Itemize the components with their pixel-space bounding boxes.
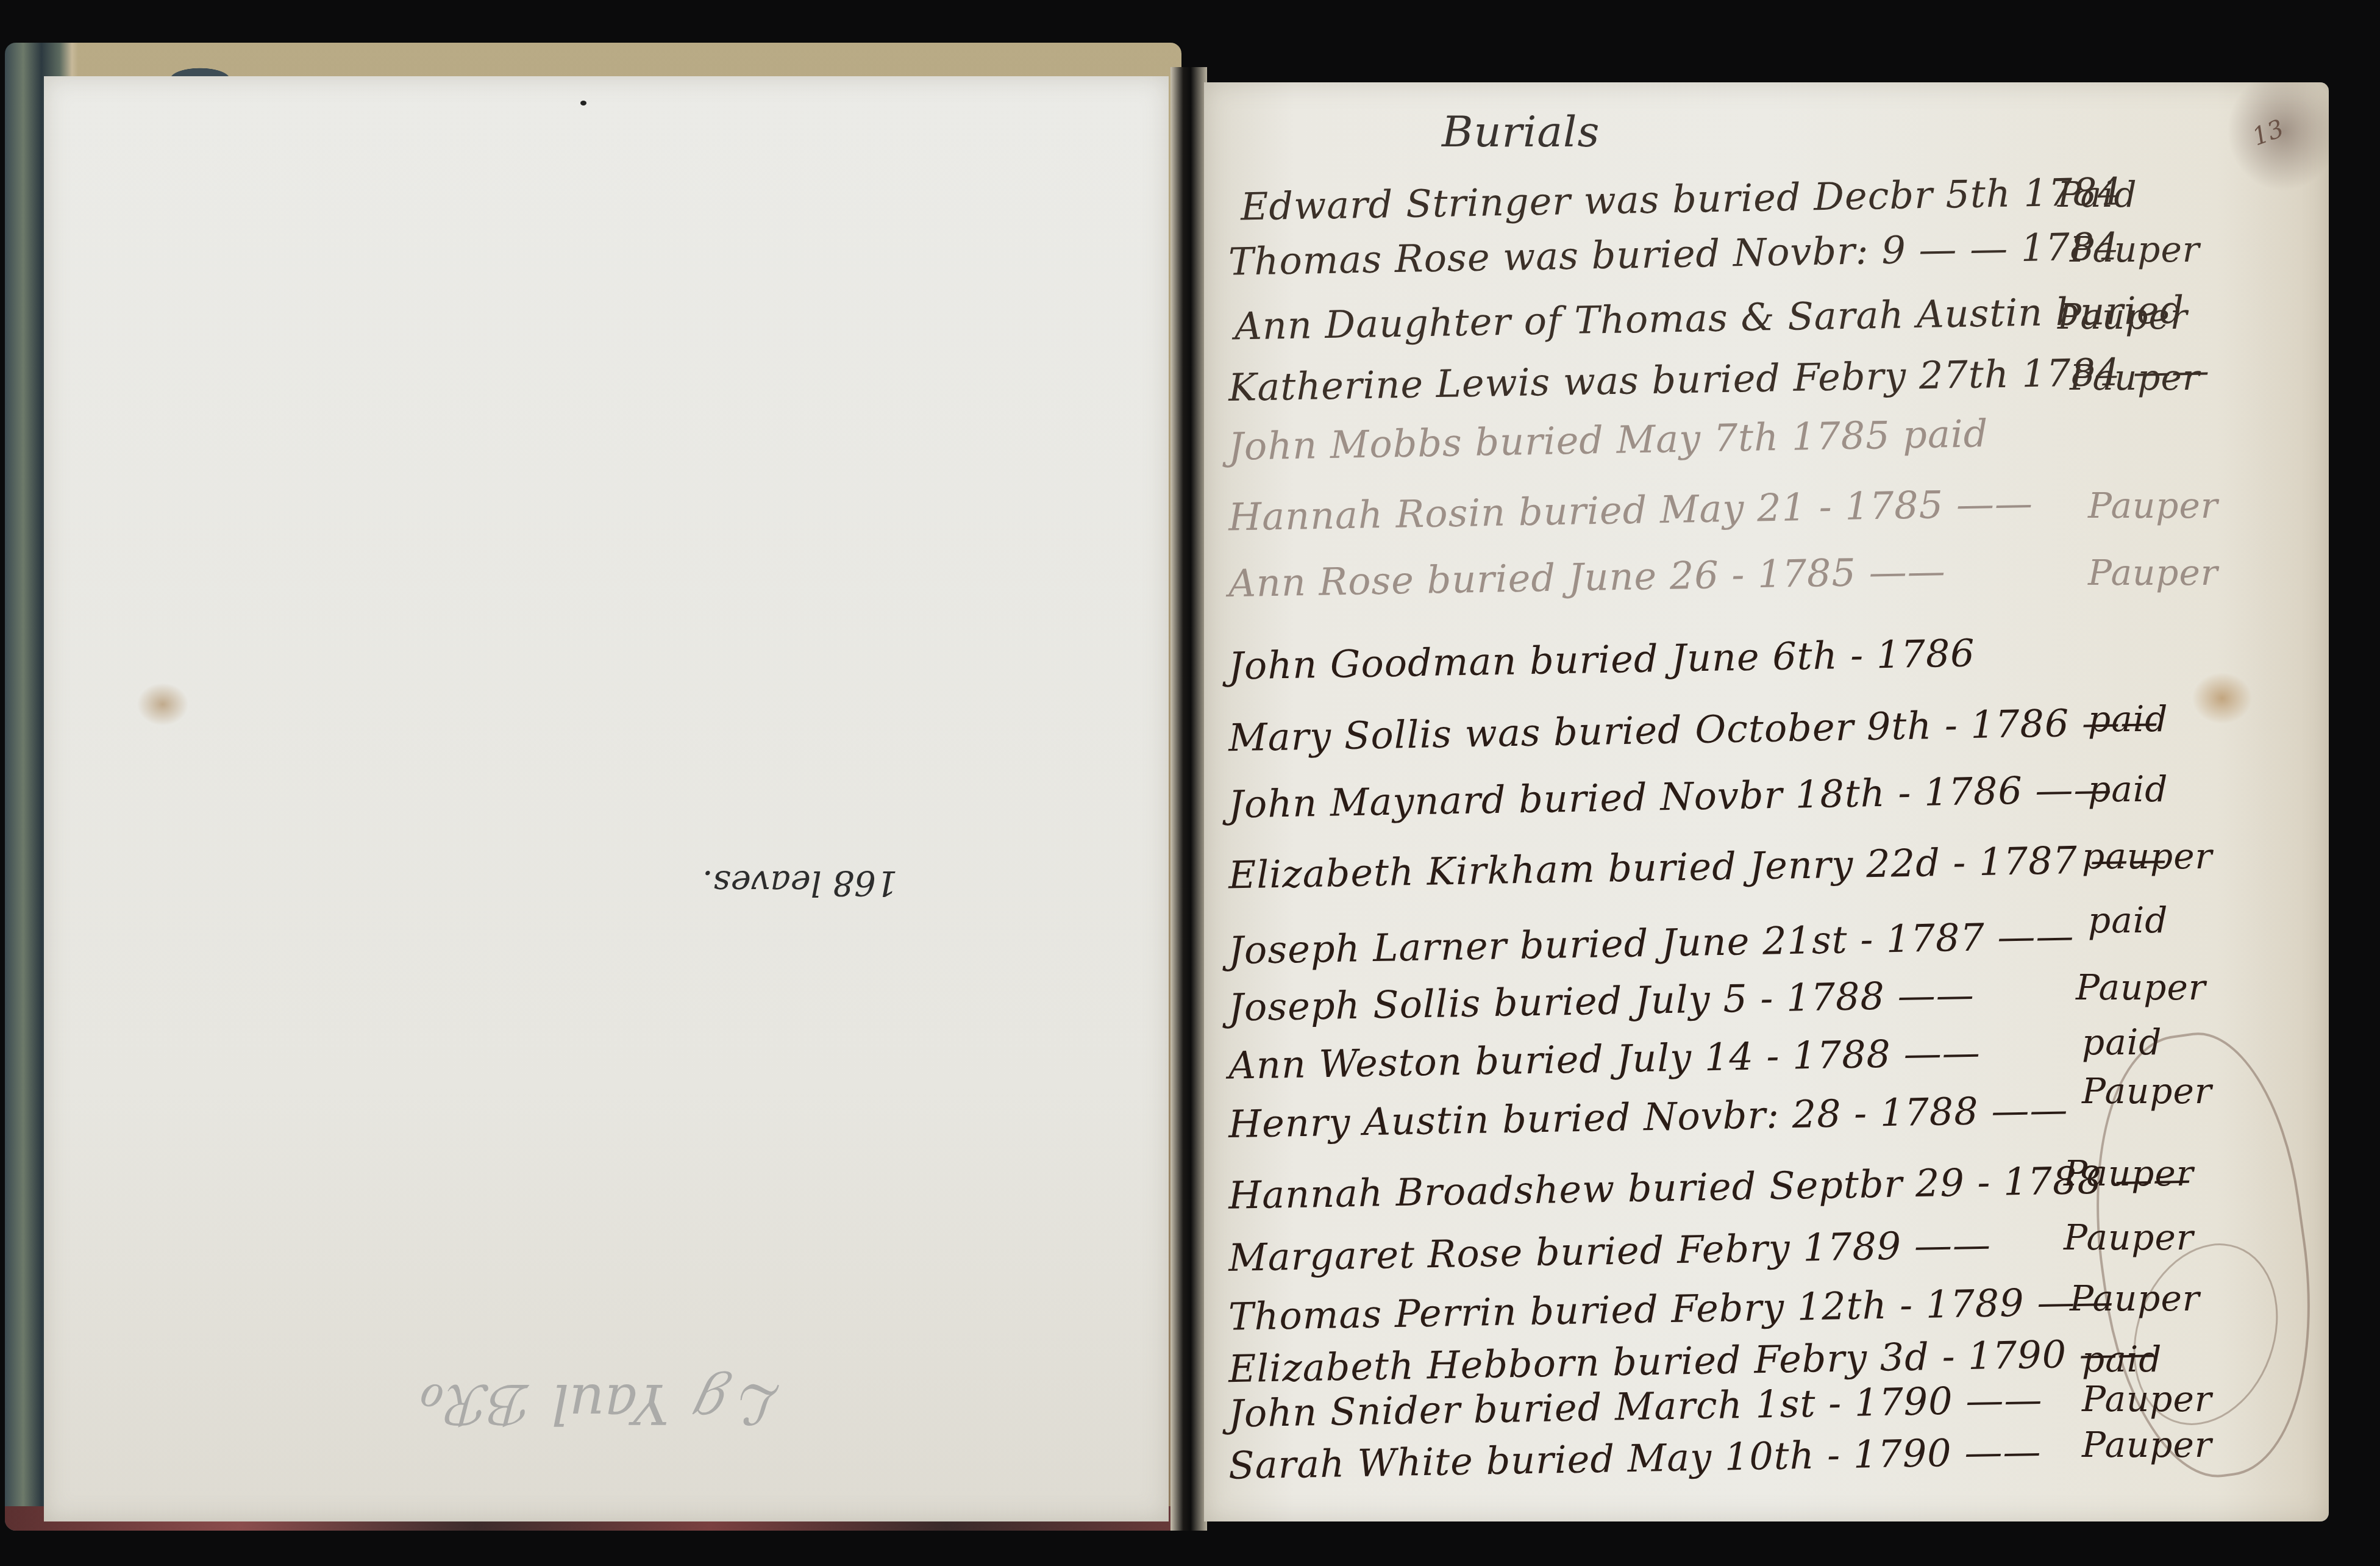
burial-status: Pauper [2082, 1378, 2212, 1420]
burial-status: Pauper [2076, 967, 2206, 1008]
burial-entry: Mary Sollis was buried October 9th - 178… [1228, 699, 2159, 760]
burial-status: Pauper [2082, 1070, 2212, 1112]
burial-entry: John Maynard buried Novbr 18th - 1786 —— [1228, 767, 2112, 826]
corner-page-mark: 13 [2249, 115, 2288, 152]
burial-status: Pauper [2058, 296, 2188, 337]
burial-status: pauper [2082, 835, 2212, 877]
burial-entry: Katherine Lewis was buried Febry 27th 17… [1228, 348, 2210, 410]
burial-entry: Thomas Perrin buried Febry 12th - 1789 —… [1228, 1279, 2114, 1339]
burial-status: Pauper [2064, 1153, 2194, 1194]
burial-status: paid [2088, 899, 2168, 941]
burial-entry: Margaret Rose buried Febry 1789 —— [1228, 1222, 1991, 1280]
pencil-signature: ℒℊ Yaul ℬℛℴ [422, 1369, 781, 1448]
burial-entry: Hannah Rosin buried May 21 - 1785 —— [1228, 481, 2033, 539]
burial-entry: Elizabeth Kirkham buried Jenry 22d - 178… [1228, 837, 2167, 898]
page-heading: Burials [1442, 107, 1600, 157]
burial-status: Pauper [2088, 485, 2218, 526]
burial-status: Pauper [2088, 552, 2218, 593]
burial-entry: Ann Daughter of Thomas & Sarah Austin bu… [1234, 287, 2184, 348]
burial-entry: Henry Austin buried Novbr: 28 - 1788 —— [1228, 1087, 2068, 1146]
burial-status: Pauper [2082, 1424, 2212, 1465]
burial-entry: Joseph Larner buried June 21st - 1787 —— [1228, 913, 2075, 973]
leaves-count-note: 168 leaves. [702, 863, 897, 903]
burial-status: paid [2082, 1021, 2162, 1063]
ink-speck [580, 101, 586, 105]
burial-entry: Sarah White buried May 10th - 1790 —— [1228, 1429, 2042, 1487]
burial-entry: Edward Stringer was buried Decbr 5th 178… [1240, 169, 2122, 229]
burial-status: Pauper [2070, 229, 2200, 270]
burial-entry: Joseph Sollis buried July 5 - 1788 —— [1228, 972, 1975, 1029]
burial-status: Pauper [2070, 357, 2200, 398]
burial-entry: John Mobbs buried May 7th 1785 paid [1228, 411, 1989, 469]
book-gutter [1170, 67, 1207, 1531]
right-page-burials: Burials 13 Edward Stringer was buried De… [1204, 82, 2329, 1521]
burial-entry: Ann Weston buried July 14 - 1788 —— [1228, 1030, 1981, 1088]
burial-status: Pauper [2070, 1278, 2200, 1319]
burial-status: Pauper [2064, 1217, 2194, 1258]
burial-status: paid [2088, 768, 2168, 810]
burial-status: paid [2082, 1339, 2162, 1380]
left-page-endpaper: 168 leaves. ℒℊ Yaul ℬℛℴ [44, 76, 1169, 1521]
burial-entry: Ann Rose buried June 26 - 1785 —— [1228, 549, 1946, 606]
burial-status: Paid [2058, 174, 2137, 215]
burial-entry: John Goodman buried June 6th - 1786 [1228, 631, 1975, 688]
burial-status: paid [2088, 698, 2168, 740]
burial-entry: Thomas Rose was buried Novbr: 9 — — 1784 [1228, 224, 2120, 284]
burial-entry: Hannah Broadshew buried Septbr 29 - 1788… [1228, 1156, 2192, 1218]
